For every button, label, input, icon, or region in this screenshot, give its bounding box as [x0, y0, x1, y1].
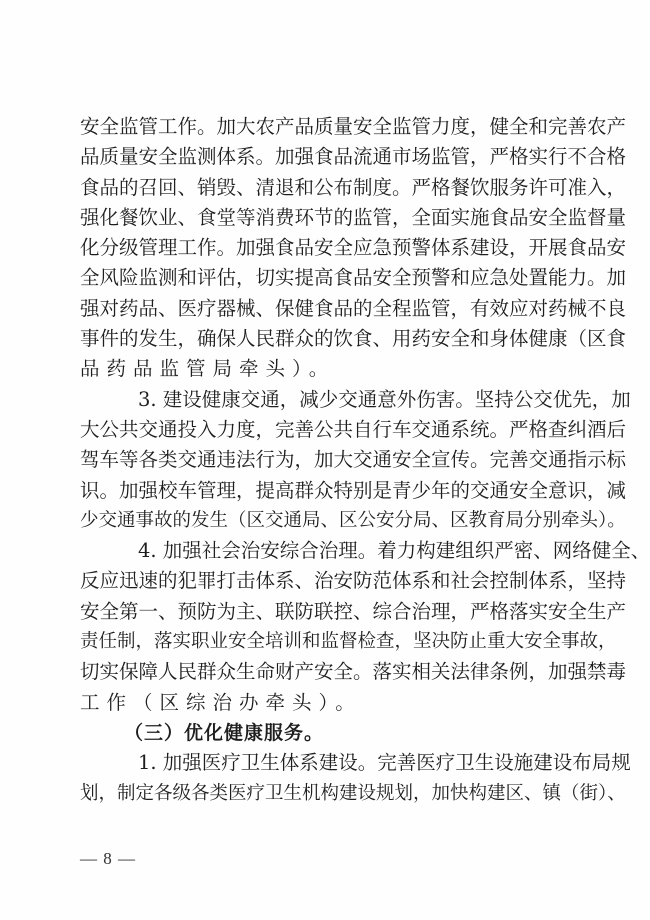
text-line: 全风险监测和评估，切实提高食品安全预警和应急处置能力。加 [80, 263, 570, 293]
text-line: 事件的发生，确保人民群众的饮食、用药安全和身体健康（区食 [80, 324, 570, 354]
text-line: 切实保障人民群众生命财产安全。落实相关法律条例，加强禁毒 [80, 657, 570, 687]
text-line: 驾车等各类交通违法行为，加大交通安全宣传。完善交通指示标 [80, 445, 570, 475]
page-number: — 8 — [80, 849, 136, 869]
item-3-first-line: 3. 建设健康交通，减少交通意外伤害。坚持公交优先，加 [80, 385, 570, 415]
text-line: 强对药品、医疗器械、保健食品的全程监管，有效应对药械不良 [80, 294, 570, 324]
text-line: 反应迅速的犯罪打击体系、治安防范体系和社会控制体系，坚持 [80, 566, 570, 596]
text-line: 品质量安全监测体系。加强食品流通市场监管，严格实行不合格 [80, 142, 570, 172]
text-line: 品药品监管局牵头）。 [80, 354, 570, 384]
text-line: 化分级管理工作。加强食品安全应急预警体系建设，开展食品安 [80, 233, 570, 263]
document-body: 安全监管工作。加大农产品质量安全监管力度，健全和完善农产 品质量安全监测体系。加… [80, 112, 570, 809]
item-4-first-line: 4. 加强社会治安综合治理。着力构建组织严密、网络健全、 [80, 536, 570, 566]
text-line: 识。加强校车管理，提高群众特别是青少年的交通安全意识，减 [80, 476, 570, 506]
text-line: 安全监管工作。加大农产品质量安全监管力度，健全和完善农产 [80, 112, 570, 142]
text-line: 工作（区综治办牵头）。 [80, 688, 570, 718]
text-line: 划，制定各级各类医疗卫生机构建设规划，加快构建区、镇（街）、 [80, 779, 570, 809]
text-line: 食品的召回、销毁、清退和公布制度。严格餐饮服务许可准入， [80, 173, 570, 203]
section-heading: （三）优化健康服务。 [80, 718, 570, 748]
text-line: 大公共交通投入力度，完善公共自行车交通系统。严格查纠酒后 [80, 415, 570, 445]
text-line: 强化餐饮业、食堂等消费环节的监管，全面实施食品安全监督量 [80, 203, 570, 233]
text-line: 责任制，落实职业安全培训和监督检查，坚决防止重大安全事故， [80, 627, 570, 657]
text-line: 少交通事故的发生（区交通局、区公安分局、区教育局分别牵头）。 [80, 506, 570, 536]
item-1-first-line: 1. 加强医疗卫生体系建设。完善医疗卫生设施建设布局规 [80, 748, 570, 778]
document-page: 安全监管工作。加大农产品质量安全监管力度，健全和完善农产 品质量安全监测体系。加… [0, 0, 650, 920]
text-line: 安全第一、预防为主、联防联控、综合治理，严格落实安全生产 [80, 597, 570, 627]
